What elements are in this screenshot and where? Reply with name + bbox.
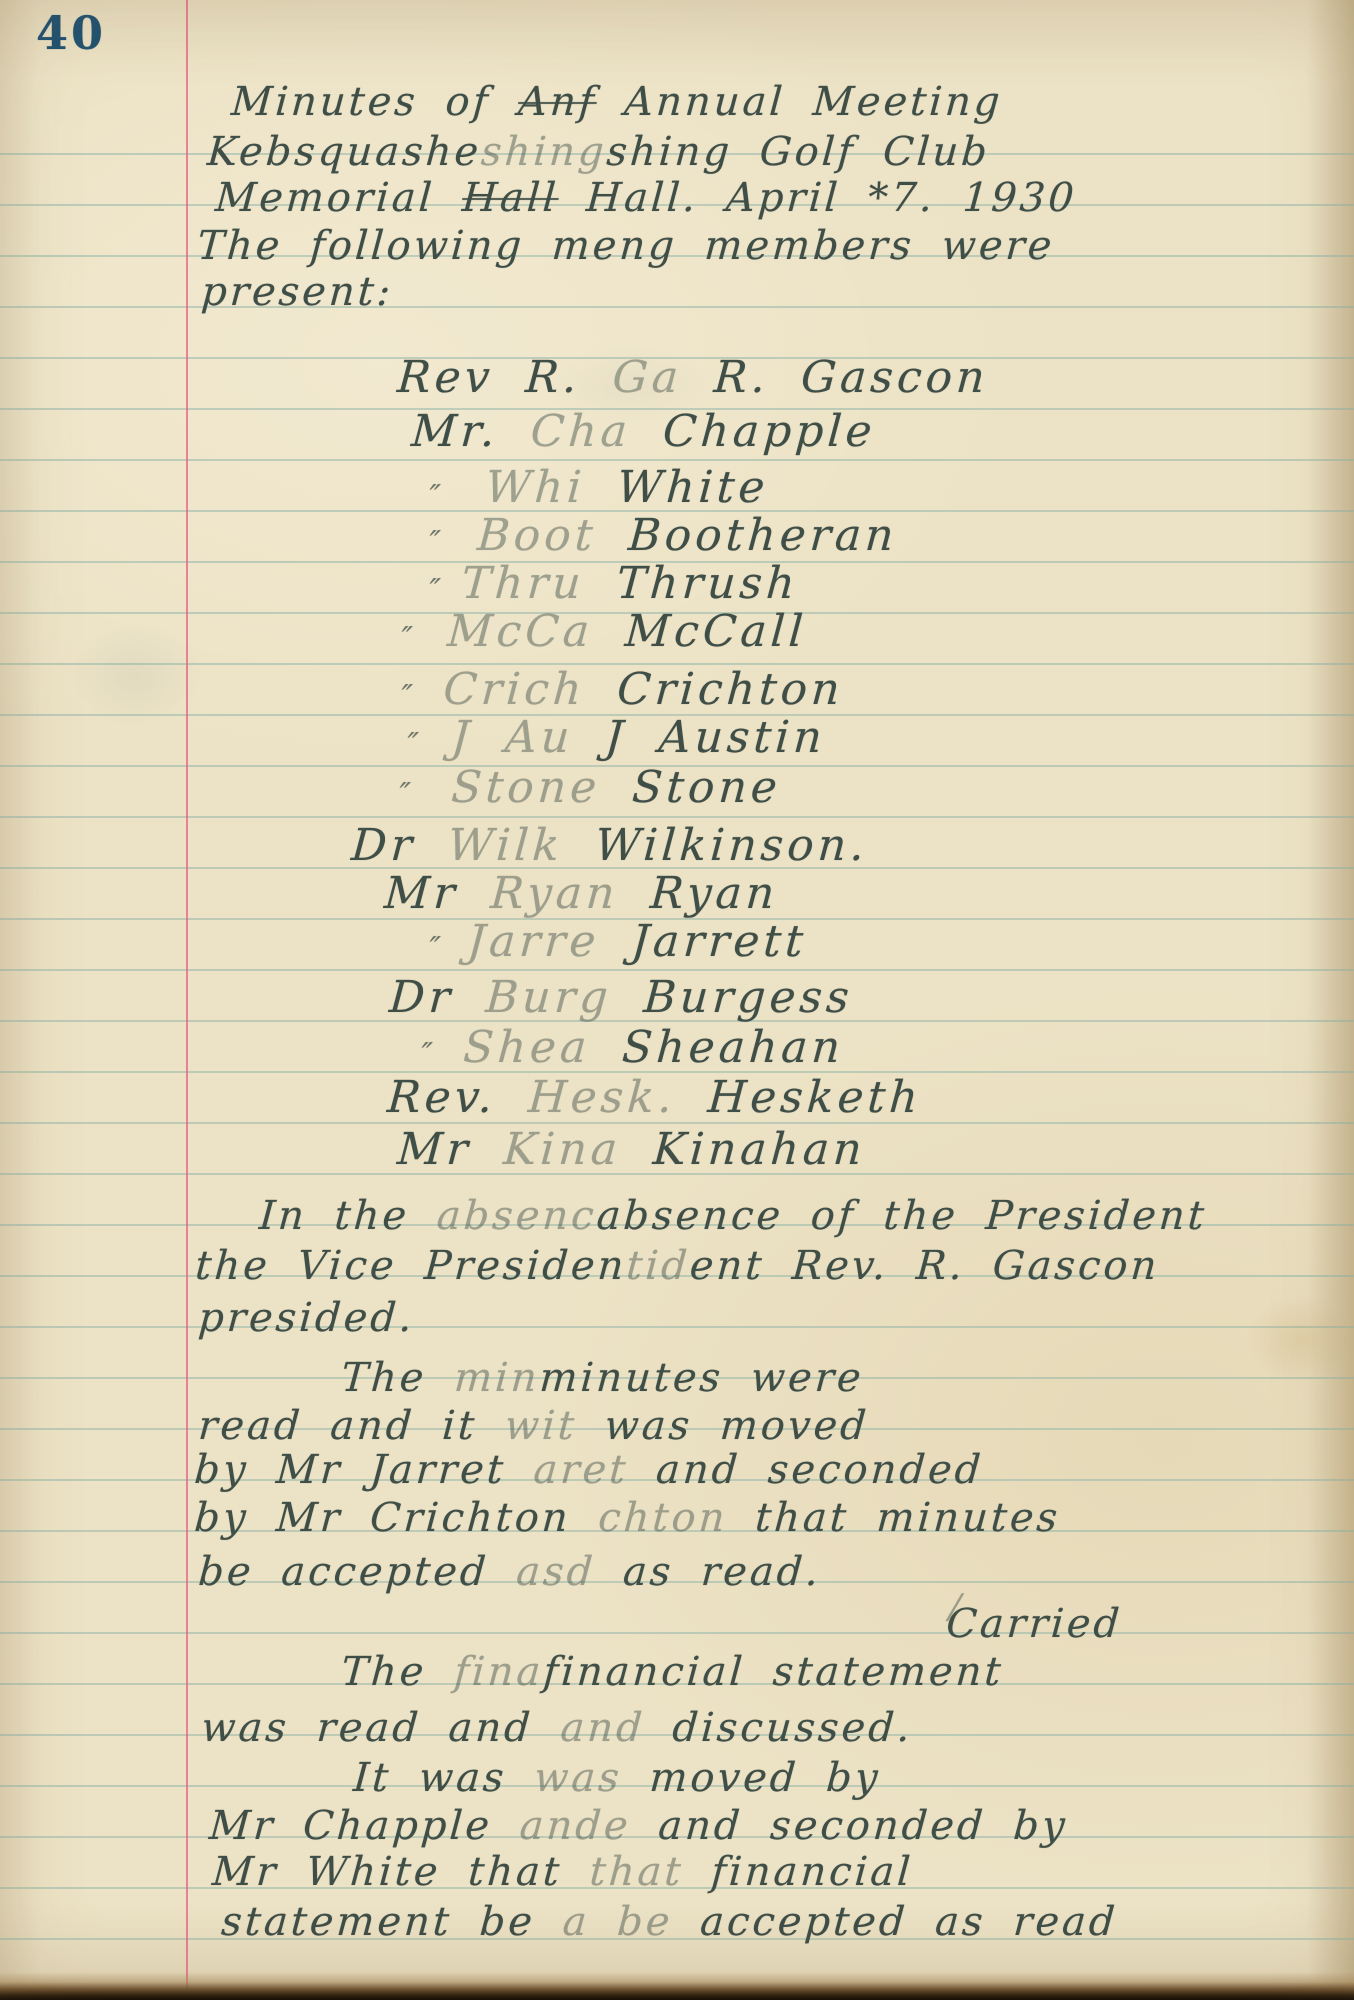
word-segment: Wilkinson.: [561, 820, 870, 871]
ditto-mark: ″: [400, 682, 413, 712]
word-segment: ″: [406, 727, 420, 762]
word-segment: fina: [453, 1649, 545, 1695]
word-segment: ″: [428, 573, 442, 608]
word-segment: shing: [480, 129, 609, 175]
ditto-mark: ″: [428, 576, 441, 606]
body-line-chapple-seconded: Mr Chapple ande and seconded by: [208, 1806, 1069, 1846]
word-segment: It was: [352, 1755, 536, 1801]
word-segment: Wilk: [446, 820, 565, 871]
body-line-financial-statement: The finafinancial statement: [340, 1652, 1005, 1692]
body-line-vice-president: the Vice Presidentident Rev. R. Gascon: [194, 1246, 1161, 1286]
word-segment: Annual Meeting: [595, 79, 1004, 125]
ditto-mark: ″: [428, 482, 441, 512]
word-segment: Rev R.: [396, 352, 615, 403]
word-segment: Shea: [462, 1022, 592, 1073]
word-segment: financial statement: [542, 1649, 1005, 1695]
word-segment: Rev.: [386, 1072, 530, 1123]
word-segment: a be: [561, 1899, 674, 1945]
body-line-by-jarret: by Mr Jarret aret and seconded: [193, 1450, 985, 1490]
attendee-thrush: Thru Thrush: [460, 562, 800, 606]
word-segment: Mr: [383, 868, 493, 919]
word-segment: Chapple: [629, 406, 877, 457]
word-segment: Dr: [388, 972, 488, 1023]
word-segment: financial: [682, 1849, 915, 1895]
word-segment: by Mr Crichton: [193, 1495, 600, 1541]
word-segment: Bootheran: [595, 510, 900, 561]
word-segment: J Au: [450, 712, 575, 763]
attendee-gascon: Rev R. Ga R. Gascon: [396, 356, 990, 400]
body-line-be-accepted: be accepted asd as read.: [197, 1552, 823, 1592]
word-segment: Ryan: [617, 868, 780, 919]
word-segment: ″: [428, 479, 442, 514]
word-segment: Stone: [598, 762, 782, 813]
word-segment: tid: [625, 1243, 692, 1289]
word-segment: was read and: [200, 1705, 562, 1751]
word-segment: Hesk.: [527, 1072, 678, 1123]
word-segment: Stone: [450, 762, 602, 813]
word-segment: Kinahan: [619, 1124, 867, 1175]
word-segment: ande: [518, 1803, 632, 1849]
word-segment: read and it: [197, 1403, 507, 1449]
ditto-mark: ″: [400, 624, 413, 654]
word-segment: Jarrett: [598, 916, 809, 967]
body-line-read-moved: read and it wit was moved: [197, 1406, 870, 1446]
word-segment: Whi: [484, 462, 587, 513]
ditto-mark: ″: [398, 780, 411, 810]
attendee-ryan: Mr Ryan Ryan: [383, 872, 780, 916]
word-segment: In the: [258, 1193, 439, 1239]
attendee-jarrett: Jarre Jarrett: [466, 920, 808, 964]
word-segment: Hall. April *7. 1930: [557, 175, 1078, 221]
word-segment: Thrush: [583, 558, 801, 609]
word-segment: was moved: [575, 1403, 870, 1449]
word-segment: ent Rev. R. Gascon: [688, 1243, 1161, 1289]
attendee-kinahan: Mr Kina Kinahan: [396, 1128, 867, 1172]
word-segment: Memorial: [214, 175, 464, 221]
heading-line-5: present:: [200, 272, 395, 312]
word-segment: aret: [532, 1447, 630, 1493]
attendee-stone: Stone Stone: [450, 766, 782, 810]
word-segment: Jarre: [466, 916, 602, 967]
body-line-statement-accepted: statement be a be accepted as read: [220, 1902, 1119, 1942]
carried-note: Carried: [945, 1604, 1124, 1644]
body-line-minutes-were: The minminutes were: [340, 1358, 865, 1398]
word-segment: and seconded: [627, 1447, 985, 1493]
attendee-wilkinson: Dr Wilk Wilkinson.: [350, 824, 870, 868]
word-segment: Carried: [945, 1601, 1124, 1647]
word-segment: Sheahan: [589, 1022, 846, 1073]
attendee-hesketh: Rev. Hesk. Hesketh: [386, 1076, 923, 1120]
word-segment: Cha: [529, 406, 633, 457]
word-segment: The: [340, 1649, 456, 1695]
word-segment: was: [533, 1755, 624, 1801]
attendee-burgess: Dr Burg Burgess: [388, 976, 854, 1020]
word-segment: chton: [597, 1495, 729, 1541]
word-segment: ″: [400, 621, 414, 656]
ditto-mark: ″: [428, 934, 441, 964]
word-segment: Crichton: [584, 664, 846, 715]
word-segment: ″: [428, 931, 442, 966]
word-segment: ″: [398, 777, 412, 812]
attendee-crichton: Crich Crichton: [442, 668, 845, 712]
word-segment: wit: [503, 1403, 578, 1449]
word-segment: min: [453, 1355, 542, 1401]
word-segment: Kina: [502, 1124, 623, 1175]
word-segment: moved by: [620, 1755, 882, 1801]
word-segment: that minutes: [726, 1495, 1062, 1541]
word-segment: accepted as read: [671, 1899, 1119, 1945]
body-line-it-was-moved: It was was moved by: [352, 1758, 882, 1798]
body-line-presided: presided.: [197, 1298, 416, 1338]
word-segment: be accepted: [197, 1549, 518, 1595]
word-segment: Anf: [517, 79, 599, 125]
heading-line-2: Kebsquasheshingshing Golf Club: [206, 132, 991, 172]
attendee-chapple: Mr. Cha Chapple: [410, 410, 877, 454]
ditto-mark: ″: [428, 528, 441, 558]
word-segment: absence of the President: [595, 1193, 1208, 1239]
word-segment: statement be: [220, 1899, 565, 1945]
word-segment: Ga: [611, 352, 684, 403]
word-segment: Boot: [476, 510, 599, 561]
word-segment: Kebsquashe: [206, 129, 483, 175]
word-segment: by Mr Jarret: [193, 1447, 536, 1493]
word-segment: Ryan: [489, 868, 620, 919]
word-segment: Burg: [484, 972, 613, 1023]
word-segment: Hall: [461, 175, 561, 221]
word-segment: White: [583, 462, 770, 513]
word-segment: and: [559, 1705, 646, 1751]
ditto-mark: ″: [406, 730, 419, 760]
word-segment: ″: [420, 1037, 434, 1072]
word-segment: Thru: [460, 558, 587, 609]
body-line-by-crichton: by Mr Crichton chton that minutes: [193, 1498, 1062, 1538]
word-segment: R. Gascon: [680, 352, 990, 403]
word-segment: The: [340, 1355, 456, 1401]
heading-line-3: Memorial Hall Hall. April *7. 1930: [214, 178, 1078, 218]
body-line-absence: In the absencabsence of the President: [258, 1196, 1208, 1236]
attendee-mccall: McCa McCall: [446, 610, 808, 654]
word-segment: Minutes of: [230, 79, 520, 125]
word-segment: The following meng members were: [196, 223, 1056, 269]
body-line-white-financial: Mr White that that financial: [211, 1852, 915, 1892]
word-segment: Mr Chapple: [208, 1803, 522, 1849]
word-segment: present:: [200, 269, 395, 315]
word-segment: presided.: [197, 1295, 417, 1341]
ditto-mark: ″: [420, 1040, 433, 1070]
word-segment: absenc: [435, 1193, 598, 1239]
word-segment: Dr: [350, 820, 450, 871]
word-segment: shing Golf Club: [605, 129, 991, 175]
heading-line-4: The following meng members were: [196, 226, 1056, 266]
word-segment: and seconded by: [629, 1803, 1069, 1849]
word-segment: Mr: [396, 1124, 506, 1175]
handwriting-layer: Minutes of Anf Annual MeetingKebsquashes…: [0, 0, 1354, 2000]
word-segment: Burgess: [610, 972, 855, 1023]
body-line-was-read-discussed: was read and and discussed.: [200, 1708, 914, 1748]
word-segment: the Vice Presiden: [194, 1243, 628, 1289]
word-segment: as read.: [594, 1549, 823, 1595]
attendee-sheahan: Shea Sheahan: [462, 1026, 845, 1070]
heading-line-1: Minutes of Anf Annual Meeting: [230, 82, 1004, 122]
word-segment: J Austin: [572, 712, 828, 763]
word-segment: ″: [400, 679, 414, 714]
word-segment: discussed.: [643, 1705, 914, 1751]
word-segment: ″: [428, 525, 442, 560]
attendee-white: Whi White: [484, 466, 770, 510]
word-segment: McCa: [446, 606, 595, 657]
word-segment: asd: [515, 1549, 597, 1595]
ledger-page: 40 Minutes of Anf Annual MeetingKebsquas…: [0, 0, 1354, 2000]
attendee-bootheran: Boot Bootheran: [476, 514, 899, 558]
word-segment: Hesketh: [674, 1072, 923, 1123]
word-segment: Crich: [442, 664, 587, 715]
word-segment: minutes were: [538, 1355, 865, 1401]
word-segment: Mr White that: [211, 1849, 592, 1895]
word-segment: McCall: [591, 606, 808, 657]
attendee-austin: J Au J Austin: [450, 716, 827, 760]
word-segment: that: [588, 1849, 685, 1895]
word-segment: Mr.: [410, 406, 533, 457]
